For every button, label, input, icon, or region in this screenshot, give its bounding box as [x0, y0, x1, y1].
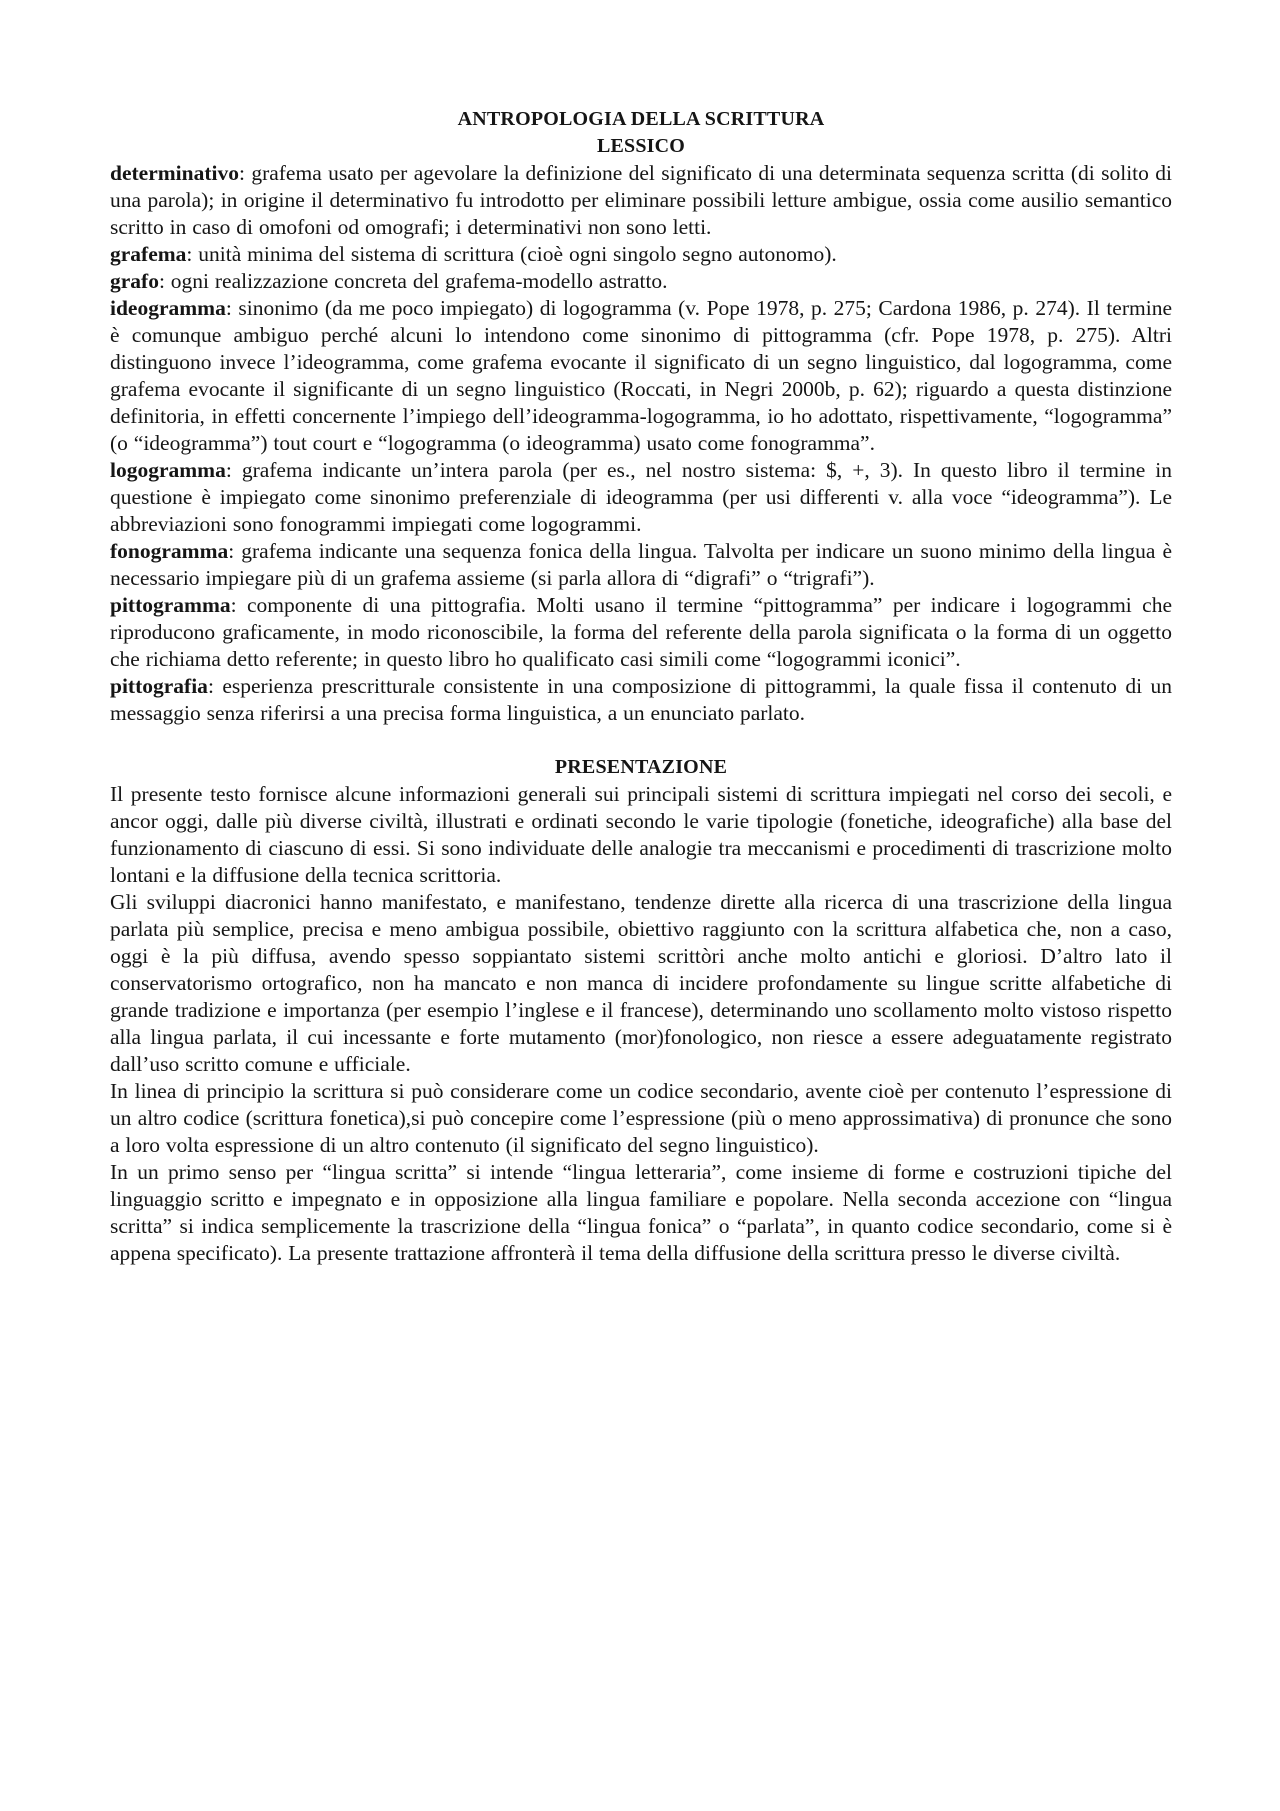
lessico-entry-determinativo: determinativo: grafema usato per agevola… [110, 160, 1172, 241]
definition-determinativo: : grafema usato per agevolare la definiz… [110, 161, 1172, 239]
lessico-entry-pittogramma: pittogramma: componente di una pittograf… [110, 592, 1172, 673]
lessico-entry-grafo: grafo: ogni realizzazione concreta del g… [110, 268, 1172, 295]
presentazione-paragraph-2: Gli sviluppi diacronici hanno manifestat… [110, 889, 1172, 1078]
lessico-entry-ideogramma: ideogramma: sinonimo (da me poco impiega… [110, 295, 1172, 457]
term-ideogramma: ideogramma [110, 296, 226, 320]
definition-grafema: : unità minima del sistema di scrittura … [186, 242, 836, 266]
lessico-heading: LESSICO [110, 133, 1172, 160]
definition-pittografia: : esperienza prescritturale consistente … [110, 674, 1172, 725]
definition-ideogramma: : sinonimo (da me poco impiegato) di log… [110, 296, 1172, 455]
term-determinativo: determinativo [110, 161, 239, 185]
presentazione-paragraph-1: Il presente testo fornisce alcune inform… [110, 781, 1172, 889]
definition-fonogramma: : grafema indicante una sequenza fonica … [110, 539, 1172, 590]
term-pittografia: pittografia [110, 674, 208, 698]
lessico-entry-pittografia: pittografia: esperienza prescritturale c… [110, 673, 1172, 727]
lessico-entry-logogramma: logogramma: grafema indicante un’intera … [110, 457, 1172, 538]
term-fonogramma: fonogramma [110, 539, 228, 563]
definition-pittogramma: : componente di una pittografia. Molti u… [110, 593, 1172, 671]
presentazione-paragraph-4: In un primo senso per “lingua scritta” s… [110, 1159, 1172, 1267]
term-grafema: grafema [110, 242, 186, 266]
document-title: ANTROPOLOGIA DELLA SCRITTURA [110, 106, 1172, 133]
presentazione-heading: PRESENTAZIONE [110, 754, 1172, 781]
definition-grafo: : ogni realizzazione concreta del grafem… [159, 269, 668, 293]
lessico-entry-fonogramma: fonogramma: grafema indicante una sequen… [110, 538, 1172, 592]
term-grafo: grafo [110, 269, 159, 293]
presentazione-paragraph-3: In linea di principio la scrittura si pu… [110, 1078, 1172, 1159]
term-pittogramma: pittogramma [110, 593, 231, 617]
term-logogramma: logogramma [110, 458, 226, 482]
document-page: ANTROPOLOGIA DELLA SCRITTURA LESSICO det… [0, 0, 1280, 1811]
lessico-entry-grafema: grafema: unità minima del sistema di scr… [110, 241, 1172, 268]
definition-logogramma: : grafema indicante un’intera parola (pe… [110, 458, 1172, 536]
